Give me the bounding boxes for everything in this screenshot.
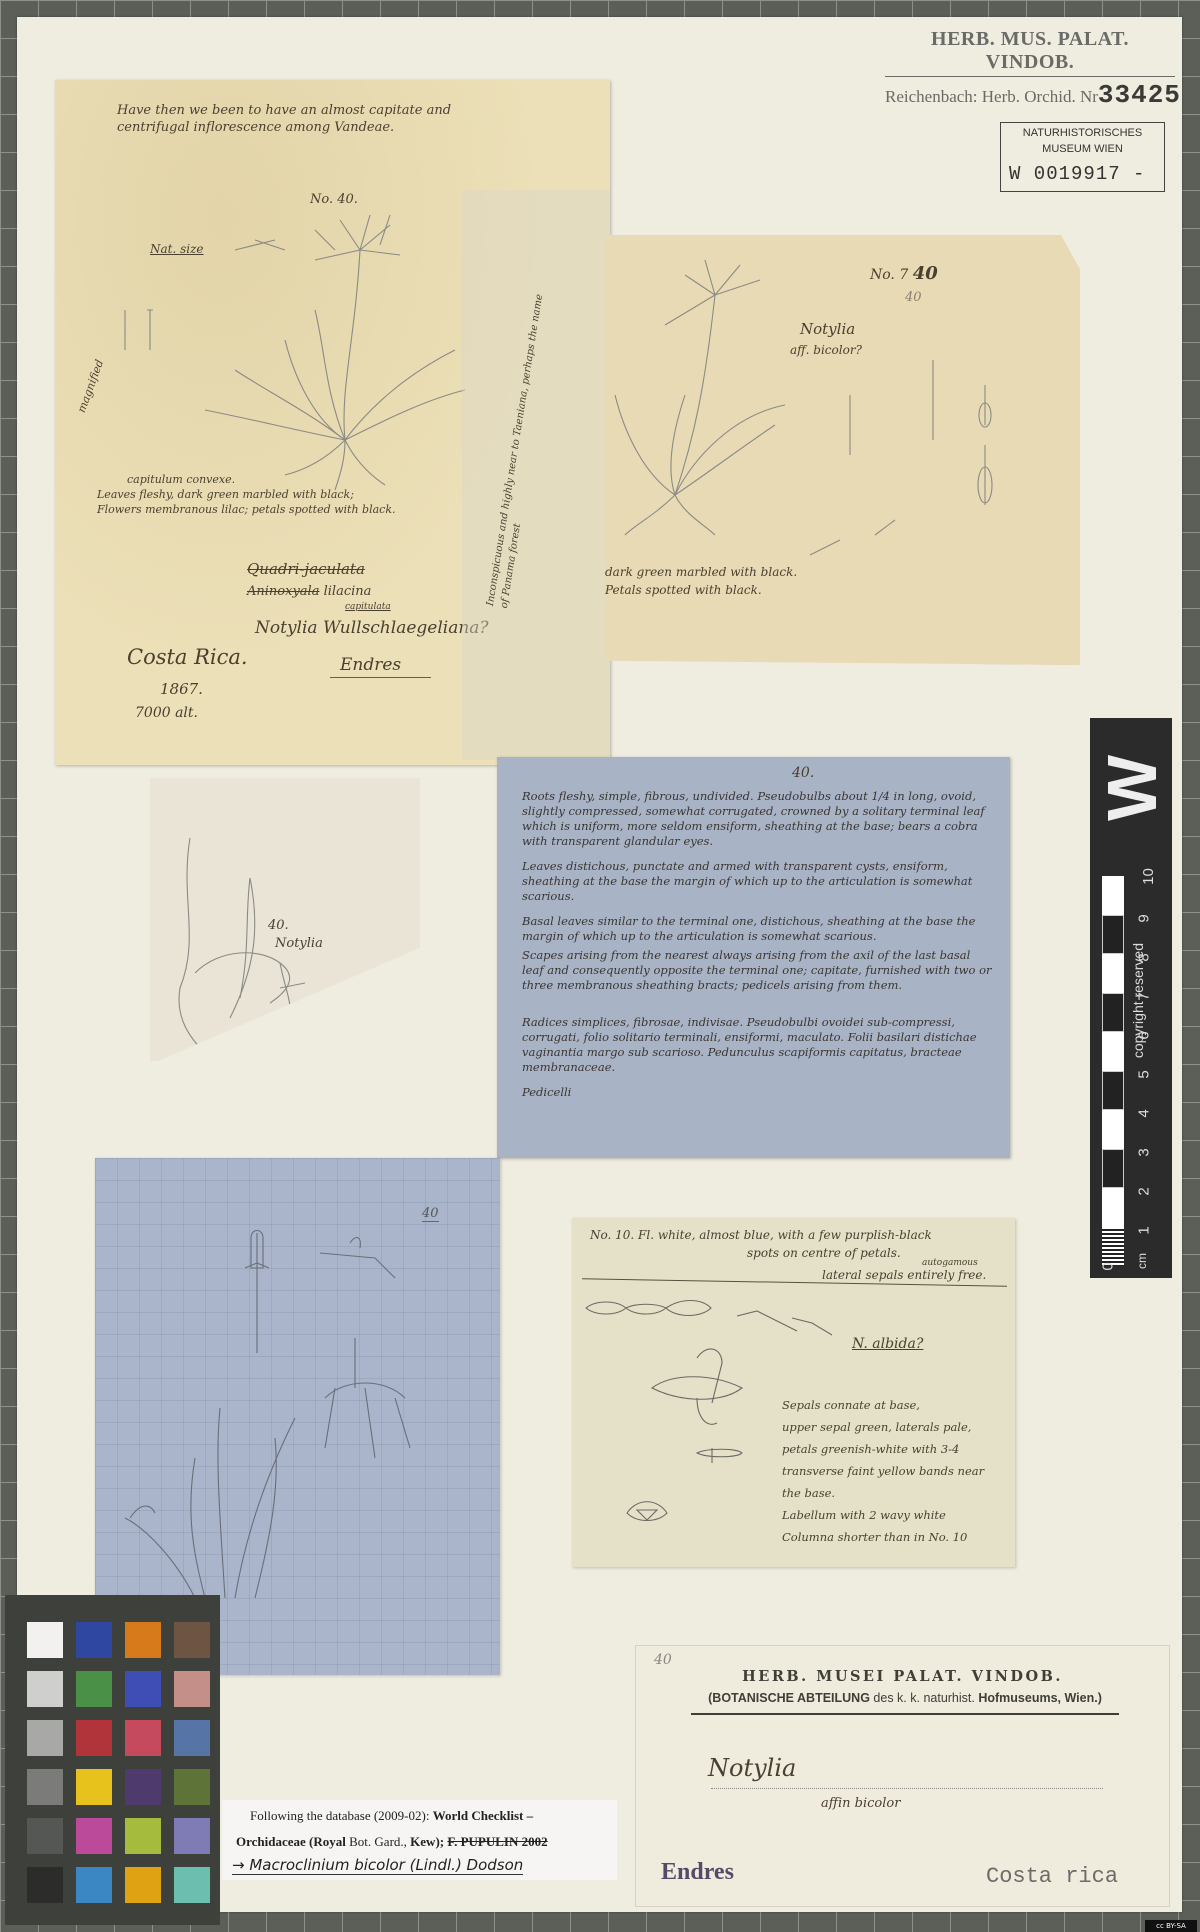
- color-calibration-chart: [5, 1595, 220, 1925]
- unit-label: cm: [1135, 1253, 1149, 1269]
- color-swatch: [125, 1818, 161, 1854]
- color-swatch: [174, 1720, 210, 1756]
- herbarium-stamp: HERB. MUS. PALAT. VINDOB. Reichenbach: H…: [885, 28, 1175, 110]
- plant-notes: dark green marbled with black. Petals sp…: [605, 563, 797, 599]
- slip-line1: Following the database (2009-02): World …: [250, 1808, 533, 1824]
- museum-barcode-stamp: NATURHISTORISCHES MUSEUM WIEN W 0019917 …: [1000, 122, 1165, 192]
- label-title: HERB. MUSEI PALAT. VINDOB.: [636, 1668, 1169, 1685]
- altitude: 7000 alt.: [135, 705, 198, 721]
- tick-label: 4: [1136, 1109, 1153, 1117]
- label-subtitle: (BOTANISCHE ABTEILUNG des k. k. naturhis…: [691, 1691, 1119, 1715]
- drawing-sheet-bottom-right: No. 10. Fl. white, almost blue, with a f…: [572, 1218, 1015, 1567]
- label-genus: Notylia: [708, 1754, 796, 1782]
- color-swatch: [76, 1818, 112, 1854]
- color-swatch: [174, 1867, 210, 1903]
- flower-note-line2: spots on centre of petals.: [747, 1246, 901, 1260]
- vertical-note: Inconspicuous and highly near to Taenian…: [484, 289, 562, 609]
- collector-stamp: Endres: [661, 1859, 734, 1886]
- species-name: Notylia Wullschlaegeliana?: [255, 618, 489, 638]
- color-swatch: [76, 1671, 112, 1707]
- tick-label: 1: [1136, 1226, 1153, 1234]
- tick-label: 3: [1136, 1148, 1153, 1156]
- flower-note-line3: lateral sepals entirely free.: [822, 1268, 986, 1282]
- color-swatch: [174, 1671, 210, 1707]
- stamp-title: HERB. MUS. PALAT. VINDOB.: [885, 28, 1175, 74]
- scale-bar: W copyright reserved 10 9 8 7 6 5 4 3 2 …: [1090, 718, 1172, 1278]
- color-swatch: [125, 1622, 161, 1658]
- sheet-number: 40.: [792, 765, 814, 781]
- color-swatch: [27, 1671, 63, 1707]
- cm-ruler: [1102, 876, 1124, 1266]
- tick-label: 0: [1100, 1262, 1117, 1270]
- description-sheet-blue: 40. Roots fleshy, simple, fibrous, undiv…: [497, 757, 1010, 1158]
- year: 1867.: [160, 680, 203, 698]
- color-swatch: [27, 1818, 63, 1854]
- color-swatch: [174, 1769, 210, 1805]
- tick-label: 9: [1136, 914, 1153, 922]
- collector-signature: Endres: [330, 655, 431, 678]
- tick-label: 7: [1136, 992, 1153, 1000]
- label-affinity: affin bicolor: [821, 1796, 900, 1811]
- color-swatch: [125, 1720, 161, 1756]
- color-swatch: [76, 1867, 112, 1903]
- drawing-sheet-top-right: No. 7 40 40 Notylia aff. bicolor? dark g…: [605, 235, 1080, 665]
- struck-name-1: Quadri-jaculata: [247, 560, 365, 578]
- color-swatch: [27, 1769, 63, 1805]
- determination-name: → Macroclinium bicolor (Lindl.) Dodson: [232, 1856, 523, 1875]
- museum-name-line2: MUSEUM WIEN: [1001, 143, 1164, 155]
- country-stamp: Costa rica: [986, 1864, 1118, 1889]
- museum-logo: W: [1087, 765, 1177, 821]
- flower-note-annotation: autogamous: [922, 1258, 978, 1268]
- color-swatch: [125, 1671, 161, 1707]
- specimen-id: W 0019917 -: [1009, 163, 1164, 185]
- color-swatch: [27, 1867, 63, 1903]
- color-swatch: [76, 1769, 112, 1805]
- tick-label: 8: [1136, 953, 1153, 961]
- license-badge: cc BY-SA: [1145, 1920, 1197, 1932]
- color-swatch: [174, 1622, 210, 1658]
- tick-label: 5: [1136, 1070, 1153, 1078]
- plant-description: capitulum convexe. Leaves fleshy, dark g…: [97, 472, 396, 517]
- color-swatch: [125, 1769, 161, 1805]
- color-swatch: [76, 1622, 112, 1658]
- stamp-subtitle: Reichenbach: Herb. Orchid. Nr33425: [885, 76, 1175, 110]
- locality: Costa Rica.: [127, 645, 248, 669]
- color-swatch: [76, 1720, 112, 1756]
- tick-label: 6: [1136, 1031, 1153, 1039]
- museum-name-line1: NATURHISTORISCHES: [1001, 127, 1164, 139]
- species-guess: N. albida?: [852, 1336, 923, 1352]
- epithet-note: capitulata: [345, 602, 391, 612]
- orchid-plant-drawing: [95, 1158, 500, 1598]
- species-description: Roots fleshy, simple, fibrous, undivided…: [522, 789, 992, 1100]
- orchid-sketches: [605, 235, 1080, 565]
- label-number: 40: [654, 1652, 672, 1668]
- inflorescence-note: Have then we been to have an almost capi…: [117, 102, 451, 136]
- determination-slip: Following the database (2009-02): World …: [222, 1800, 617, 1880]
- flower-description: Sepals connate at base, upper sepal gree…: [782, 1394, 984, 1548]
- flower-note-line1: No. 10. Fl. white, almost blue, with a f…: [590, 1228, 932, 1242]
- label-dotted-line: [711, 1788, 1103, 1789]
- color-swatch: [27, 1622, 63, 1658]
- tracing-paper-strip: Inconspicuous and highly near to Taenian…: [462, 190, 610, 760]
- tick-label: 2: [1136, 1187, 1153, 1195]
- slip-line2: Orchidaceae (Royal Bot. Gard., Kew); F. …: [236, 1834, 548, 1850]
- magnified-label: magnified: [75, 358, 106, 415]
- herbarium-label: 40 HERB. MUSEI PALAT. VINDOB. (BOTANISCH…: [635, 1645, 1170, 1907]
- color-swatch: [125, 1867, 161, 1903]
- tick-label: 10: [1140, 868, 1157, 885]
- struck-name-2: Aninoxyala lilacina: [247, 584, 371, 599]
- herbarium-number: 33425: [1098, 80, 1181, 110]
- color-swatch: [174, 1818, 210, 1854]
- color-swatch: [27, 1720, 63, 1756]
